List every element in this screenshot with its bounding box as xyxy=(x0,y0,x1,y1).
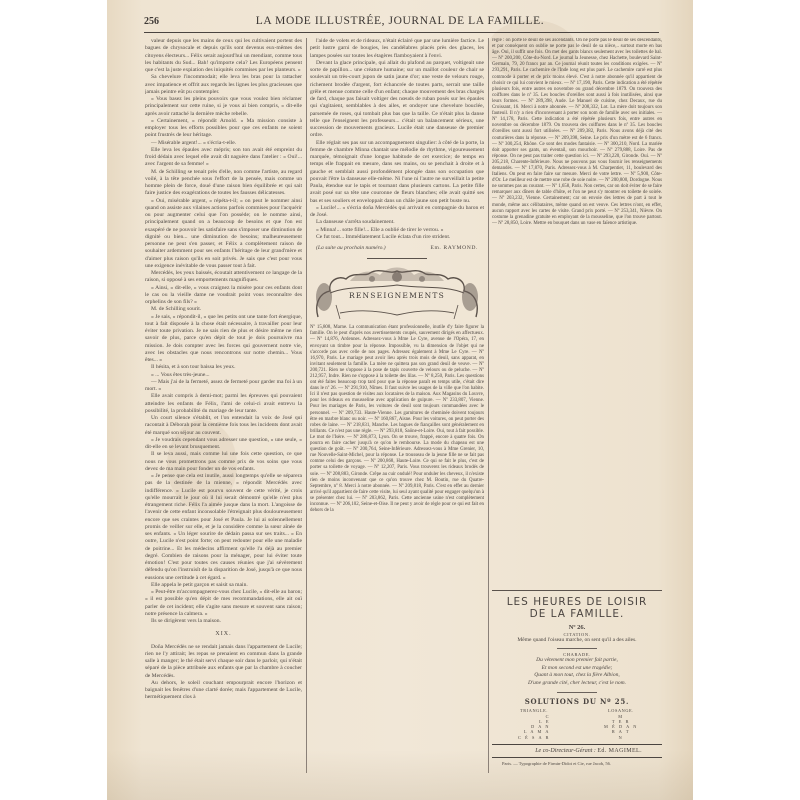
losange-rows: MT E RM É D A NR A TN xyxy=(604,714,638,740)
paragraph: — Mais j'ai de la fermeté, assez de ferm… xyxy=(145,379,302,394)
paragraph: — Misérable argent!... » s'écria-t-elle. xyxy=(145,140,302,147)
triangle-rows: CL ED A NL A M AC É S A R xyxy=(518,714,550,740)
charade-verse: Du vêtement mon premier fait partie,Et m… xyxy=(492,657,662,687)
paragraph: Devant la glace principale, qui allait d… xyxy=(310,60,484,140)
paragraph: Mercédès, les yeux baissés, écoutait att… xyxy=(145,270,302,285)
section-rule xyxy=(492,590,662,591)
paragraph: « Certainement, » répondit Arnold. « Ma … xyxy=(145,118,302,140)
verse-line: Quant à mon tout, chez la fière Albion, xyxy=(492,672,662,680)
divider xyxy=(557,692,597,693)
paragraph: « Minna!... sotte fille!... Elle a oubli… xyxy=(310,227,484,234)
masthead-title: LA MODE ILLUSTRÉE, JOURNAL DE LA FAMILLE… xyxy=(107,15,693,27)
column-1-serial: valeur depuis que les mains de ceux qui … xyxy=(145,38,302,778)
citation-text: Même quand l'oiseau marche, on sent qu'i… xyxy=(492,637,662,644)
column-3-renseignements: règle : on porte le deuil de ses ascenda… xyxy=(492,38,662,590)
paragraph: « Lucile!... » s'écria doña Mercédès qui… xyxy=(310,205,484,220)
paragraph: Il hésita, et à son tour baissa les yeux… xyxy=(145,364,302,371)
renseignements-ornament: RENSEIGNEMENTS xyxy=(310,263,484,321)
paragraph: Au dehors, le soleil couchant empourprai… xyxy=(145,680,302,702)
paragraph: La danseuse s'arrêta soudainement. xyxy=(310,219,484,226)
solutions-grid: TRIANGLE. CL ED A NL A M AC É S A R LOSA… xyxy=(492,708,662,740)
printer-imprint: Paris. — Typographie de Firmin-Didot et … xyxy=(492,757,662,766)
column-divider xyxy=(306,38,307,773)
paragraph: « Je sais, » répondit-il, « que les peti… xyxy=(145,314,302,365)
gerant-label: Le co-Directeur-Gérant : xyxy=(535,748,596,754)
serial-text: valeur depuis que les mains de ceux qui … xyxy=(145,38,302,625)
losange-solution: LOSANGE. MT E RM É D A NR A TN xyxy=(604,708,638,740)
paragraph: Ils se dirigèrent vers la maison. xyxy=(145,618,302,625)
paragraph: « Peut-être m'accompagnerez-vous chez Lu… xyxy=(145,589,302,618)
leisure-title-line2: DE LA FAMILLE. xyxy=(492,609,662,621)
section-rule xyxy=(367,258,427,259)
chapter-text: Doña Mercédès ne se rendait jamais dans … xyxy=(145,644,302,702)
paragraph: Elle appela le petit garçon et saisit sa… xyxy=(145,582,302,589)
paragraph: « Oui, misérable argent, » répéta-t-il; … xyxy=(145,198,302,271)
paragraph: « ... Vous êtes très-jeune... xyxy=(145,372,302,379)
issue-number: Nº 26. xyxy=(492,624,662,631)
paragraph: Doña Mercédès ne se rendait jamais dans … xyxy=(145,644,302,680)
paragraph: Elle réglait ses pas sur un accompagneme… xyxy=(310,140,484,205)
solution-row: C É S A R xyxy=(518,735,550,740)
paragraph: M. de Schilling se tenait près d'elle, n… xyxy=(145,169,302,198)
editor-credit: Le co-Directeur-Gérant : Ed. MAGIMEL. xyxy=(492,744,662,754)
gerant-name: Ed. MAGIMEL. xyxy=(597,748,642,754)
column-2: l'aide de volets et de rideaux, n'était … xyxy=(310,38,484,778)
triangle-label: TRIANGLE. xyxy=(518,708,550,713)
paragraph: valeur depuis que les mains de ceux qui … xyxy=(145,38,302,74)
paragraph: l'aide de volets et de rideaux, n'était … xyxy=(310,38,484,60)
renseignements-text: Nº 15,808, Marne. La communication étant… xyxy=(310,325,484,514)
paragraph: M. de Schilling sourit. xyxy=(145,306,302,313)
paragraph: Il se leva aussi, mais comme lui une foi… xyxy=(145,451,302,473)
solution-row: N xyxy=(604,735,638,740)
verse-line: D'une grande cité, cher lecteur, c'est l… xyxy=(492,680,662,688)
column-divider xyxy=(488,38,489,773)
paragraph: Ce fut tout... Immédiatement Lucile écla… xyxy=(310,234,484,241)
paragraph: Elle leva les épaules avec mépris; son t… xyxy=(145,147,302,169)
serial-signature: (La suite au prochain numéro.) Em. RAYMO… xyxy=(310,245,484,252)
divider xyxy=(557,648,597,649)
losange-label: LOSANGE. xyxy=(604,708,638,713)
author-name: Em. RAYMOND. xyxy=(430,245,478,252)
paragraph: « Je voudrais cependant vous adresser un… xyxy=(145,437,302,452)
paragraph: « Ainsi, » dit-elle, « vous craignez la … xyxy=(145,285,302,307)
section-title-renseignements: RENSEIGNEMENTS xyxy=(310,292,484,299)
paragraph: Sa chevelure l'incommodait; elle leva le… xyxy=(145,74,302,96)
paragraph: Elle avait compris à demi-mot; parmi les… xyxy=(145,393,302,415)
serial-text-continued: l'aide de volets et de rideaux, n'était … xyxy=(310,38,484,241)
paragraph: « Je pense que cela est inutile, aussi l… xyxy=(145,473,302,582)
newspaper-page: 256 LA MODE ILLUSTRÉE, JOURNAL DE LA FAM… xyxy=(107,0,693,800)
leisure-title-line1: LES HEURES DE LOISIR xyxy=(492,597,662,609)
solutions-title: SOLUTIONS DU Nº 25. xyxy=(492,697,662,706)
triangle-solution: TRIANGLE. CL ED A NL A M AC É S A R xyxy=(518,708,550,740)
paragraph: Un court silence s'établit, et l'on ente… xyxy=(145,415,302,437)
verse-line: Du vêtement mon premier fait partie, xyxy=(492,657,662,665)
continued-note: (La suite au prochain numéro.) xyxy=(316,245,386,252)
header-rule xyxy=(144,32,659,33)
chapter-heading: XIX. xyxy=(145,631,302,638)
leisure-section: LES HEURES DE LOISIR DE LA FAMILLE. Nº 2… xyxy=(492,590,662,766)
paragraph: « Vous basez les pleins pouvoirs que vou… xyxy=(145,96,302,118)
